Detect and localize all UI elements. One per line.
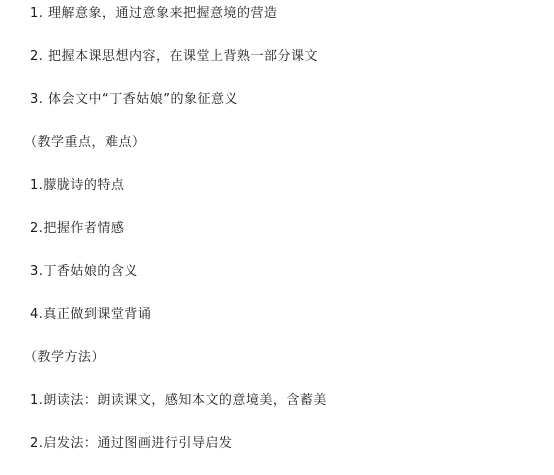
methods-heading: （教学方法） [24,350,105,366]
key-point-item: 1.朦胧诗的特点 [30,178,124,194]
key-points-heading: （教学重点，难点） [24,135,146,151]
method-item: 1.朗读法：朗读课文，感知本文的意境美，含蓄美 [30,393,327,409]
key-point-item: 3.丁香姑娘的含义 [30,264,138,280]
method-item: 2.启发法：通过图画进行引导启发 [30,436,232,452]
document-page: 1. 理解意象，通过意象来把握意境的营造 2. 把握本课思想内容，在课堂上背熟一… [0,0,554,475]
objective-item: 1. 理解意象，通过意象来把握意境的营造 [30,6,278,22]
objective-item: 3. 体会文中“丁香姑娘”的象征意义 [30,92,238,108]
key-point-item: 2.把握作者情感 [30,221,124,237]
key-point-item: 4.真正做到课堂背诵 [30,307,151,323]
objective-item: 2. 把握本课思想内容，在课堂上背熟一部分课文 [30,49,318,65]
